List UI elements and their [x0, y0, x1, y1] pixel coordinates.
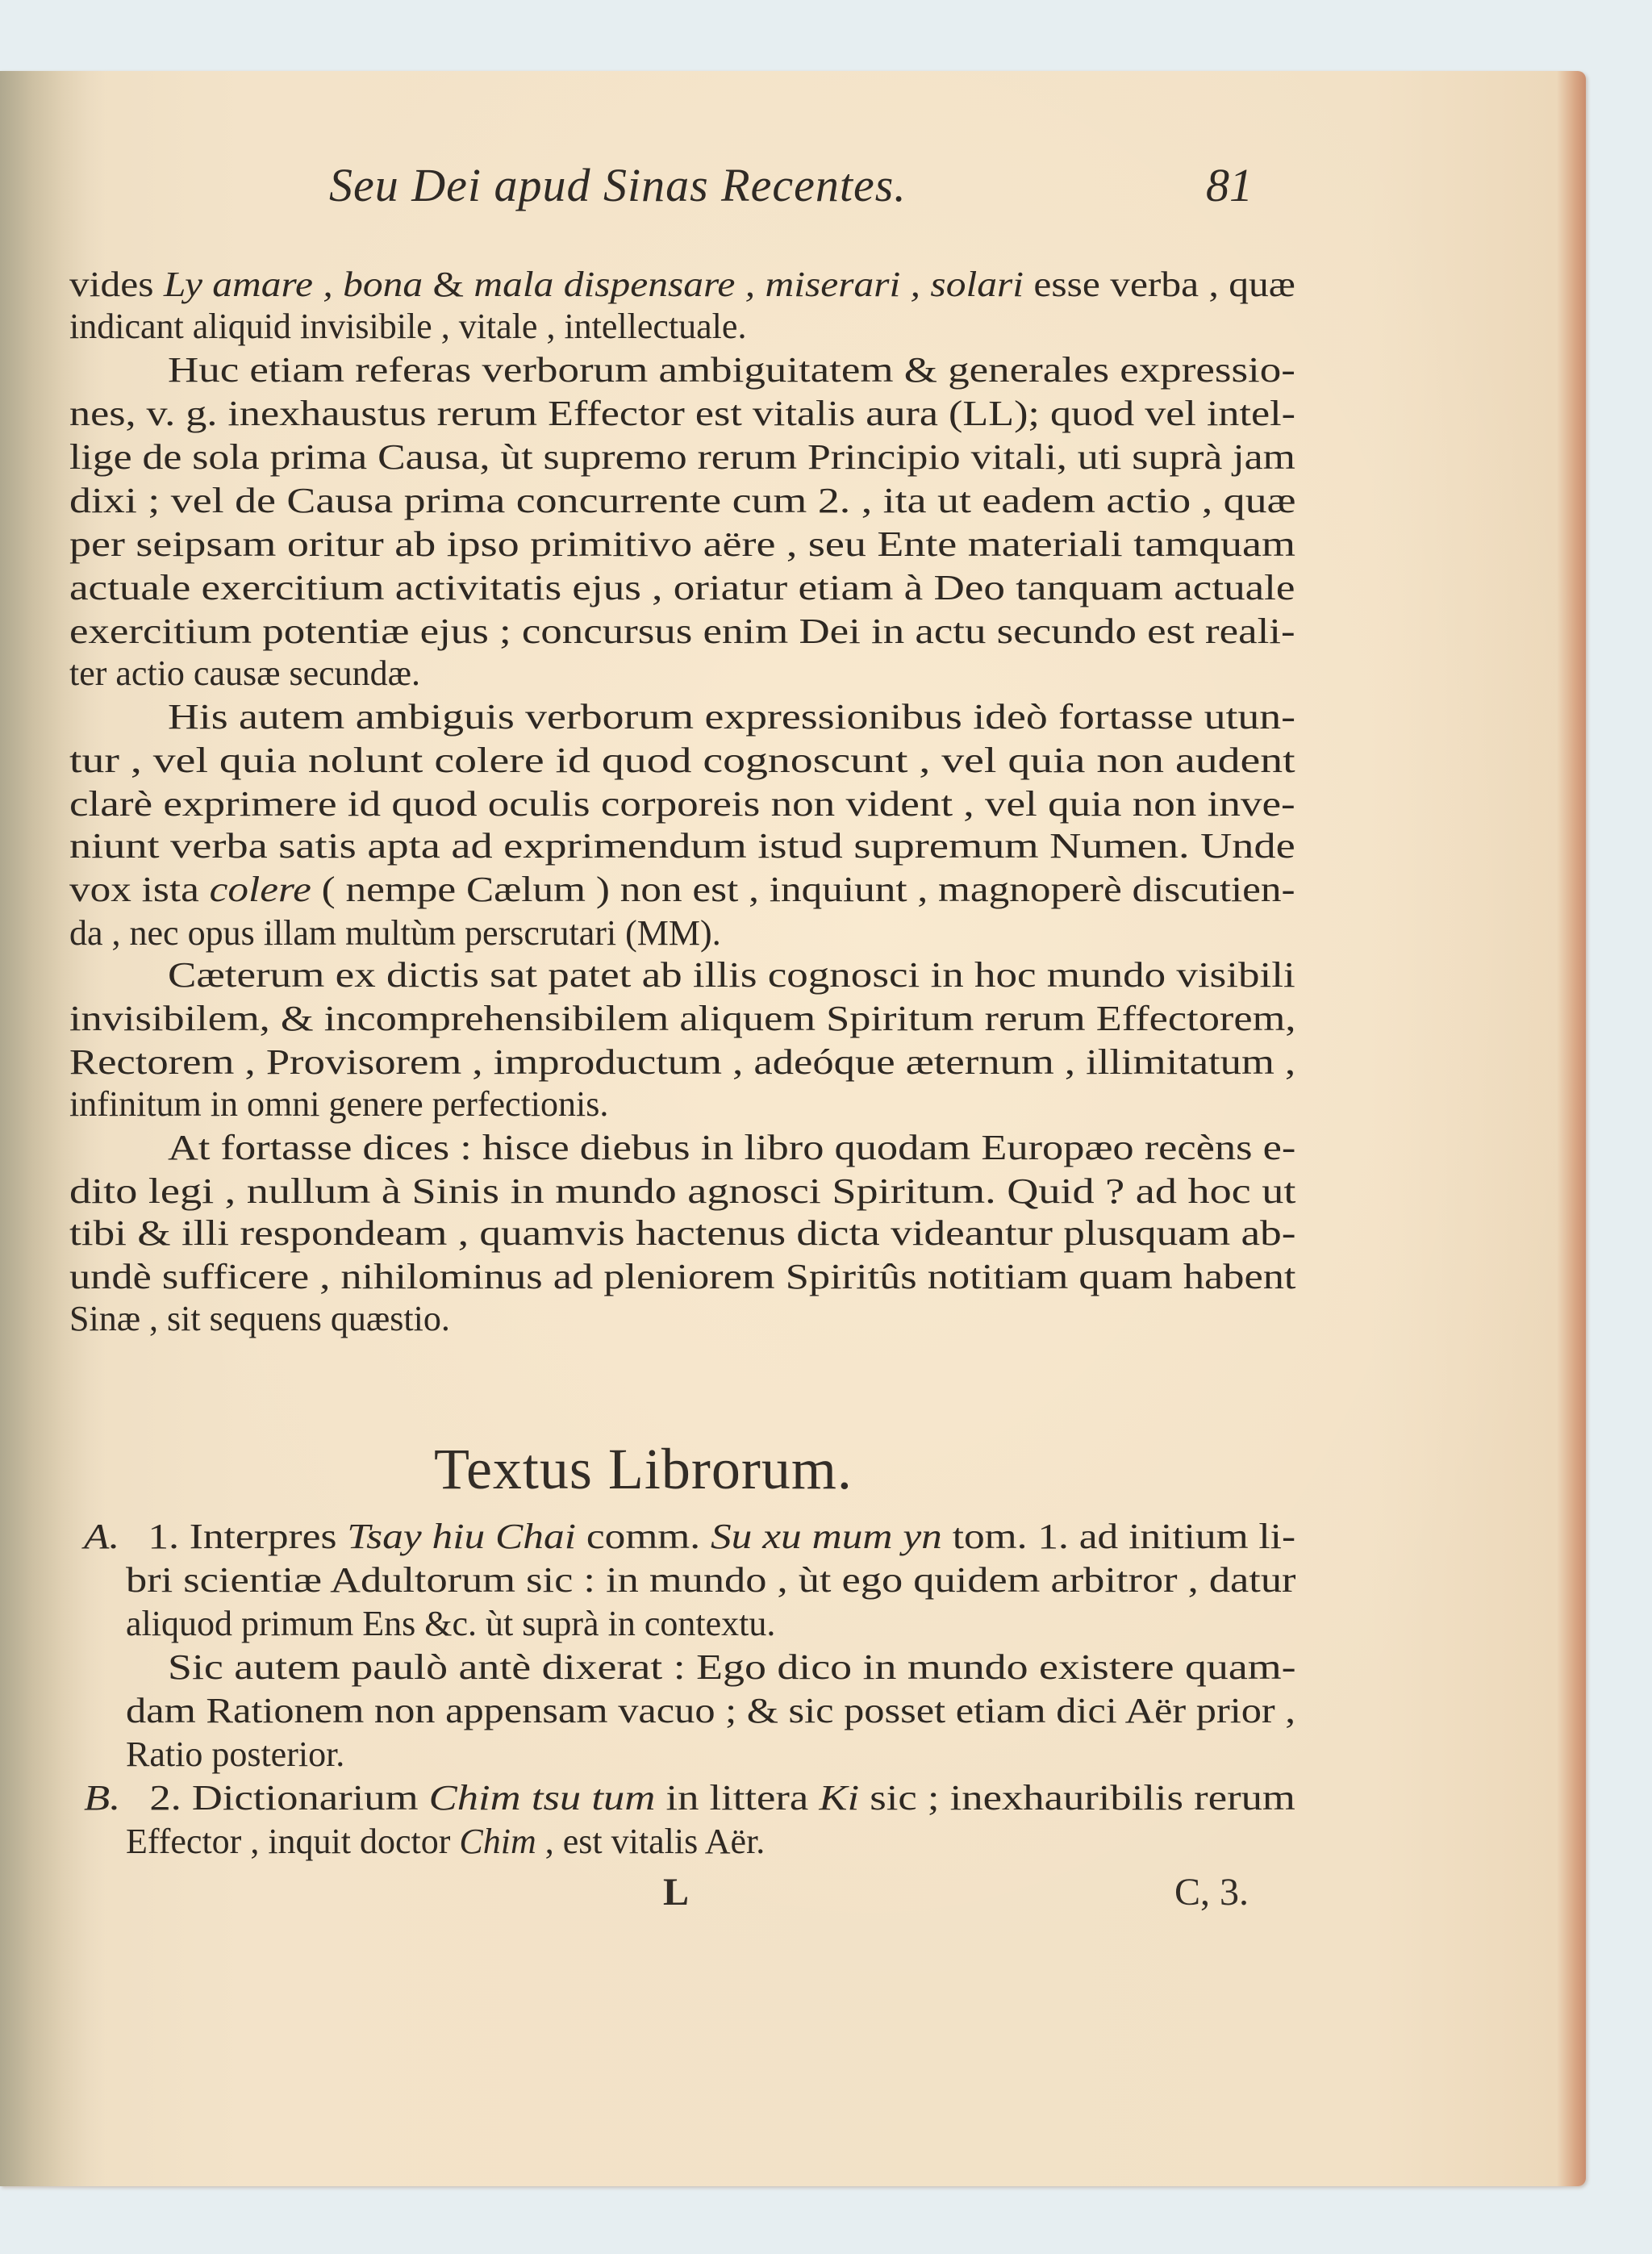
- italic-phrase: Tsay hiu Chai: [347, 1517, 586, 1556]
- text-span: Cæterum ex dictis sat patet ab illis cog…: [168, 955, 1295, 995]
- running-title: Seu Dei apud Sinas Recentes.: [329, 158, 907, 212]
- note-line: dam Rationem non appensam vacuo ; & sic …: [126, 1689, 1295, 1733]
- text-line: Sinæ , sit sequens quæstio.: [69, 1297, 450, 1341]
- text-span: ter actio causæ secundæ.: [69, 653, 420, 693]
- italic-phrase: mala dispensare , miserari , solari: [473, 265, 1033, 304]
- text-span: Effector , inquit doctor: [126, 1822, 459, 1861]
- text-line: lige de sola prima Causa, ùt supremo rer…: [69, 436, 1295, 479]
- text-span: Sic autem paulò antè dixerat : Ego dico …: [168, 1647, 1296, 1687]
- text-line: dito legi , nullum à Sinis in mundo agno…: [69, 1170, 1295, 1213]
- text-span: &: [432, 265, 473, 304]
- text-span: tur , vel quia nolunt colere id quod cog…: [69, 741, 1295, 780]
- text-span: Ratio posterior.: [126, 1734, 344, 1774]
- text-span: Rectorem , Provisorem , improductum , ad…: [69, 1042, 1295, 1082]
- note-line: Sic autem paulò antè dixerat : Ego dico …: [168, 1646, 1296, 1689]
- italic-phrase: Chim: [459, 1822, 536, 1861]
- italic-phrase: Su xu mum yn: [711, 1517, 953, 1556]
- text-line: tur , vel quia nolunt colere id quod cog…: [69, 739, 1295, 783]
- text-span: At fortasse dices : hisce diebus in libr…: [168, 1128, 1295, 1167]
- text-span: 2. Dictionarium: [149, 1778, 428, 1818]
- text-span: lige de sola prima Causa, ùt supremo rer…: [69, 437, 1295, 477]
- section-title: Textus Librorum.: [434, 1436, 853, 1503]
- text-span: aliquod primum Ens &c. ùt suprà in conte…: [126, 1604, 775, 1643]
- note-line: B.2. Dictionarium Chim tsu tum in litter…: [84, 1776, 1295, 1820]
- text-line: clarè exprimere id quod oculis corporeis…: [69, 783, 1295, 826]
- text-span: da , nec opus illam multùm perscrutari (…: [69, 913, 721, 953]
- text-line: niunt verba satis apta ad exprimendum is…: [69, 824, 1295, 868]
- note-line: aliquod primum Ens &c. ùt suprà in conte…: [126, 1602, 775, 1646]
- signature-mark: C, 3.: [1174, 1870, 1249, 1914]
- note-marker: A.: [84, 1515, 148, 1559]
- text-line: invisibilem, & incomprehensibilem alique…: [69, 997, 1295, 1041]
- text-span: exercitium potentiæ ejus ; concursus eni…: [69, 612, 1295, 651]
- text-line: infinitum in omni genere perfectionis.: [69, 1083, 608, 1126]
- text-span: dixi ; vel de Causa prima concurrente cu…: [69, 481, 1295, 520]
- text-span: , est vitalis Aër.: [536, 1822, 766, 1861]
- text-span: His autem ambiguis verborum expressionib…: [168, 697, 1295, 737]
- text-span: undè sufficere , nihilominus ad pleniore…: [69, 1257, 1295, 1296]
- text-line: per seipsam oritur ab ipso primitivo aër…: [69, 523, 1295, 566]
- note-line: Ratio posterior.: [126, 1733, 344, 1776]
- text-line: tibi & illi respondeam , quamvis hactenu…: [69, 1212, 1295, 1255]
- italic-phrase: Chim tsu tum: [429, 1778, 666, 1818]
- gutter-shadow: [0, 71, 105, 2186]
- text-span: niunt verba satis apta ad exprimendum is…: [69, 826, 1295, 866]
- text-span: vox ista: [69, 870, 210, 909]
- text-line: Rectorem , Provisorem , improductum , ad…: [69, 1041, 1295, 1084]
- text-span: Huc etiam referas verborum ambiguitatem …: [168, 350, 1295, 390]
- italic-phrase: Ki: [819, 1778, 870, 1818]
- text-span: clarè exprimere id quod oculis corporeis…: [69, 784, 1295, 824]
- text-span: in littera: [665, 1778, 819, 1818]
- text-line: Cæterum ex dictis sat patet ab illis cog…: [168, 954, 1295, 997]
- text-span: dito legi , nullum à Sinis in mundo agno…: [69, 1171, 1295, 1211]
- text-line: nes, v. g. inexhaustus rerum Effector es…: [69, 392, 1295, 436]
- text-span: indicant aliquid invisibile , vitale , i…: [69, 307, 746, 346]
- text-span: tom. 1. ad initium li-: [953, 1517, 1295, 1556]
- text-span: Sinæ , sit sequens quæstio.: [69, 1299, 450, 1338]
- text-span: nes, v. g. inexhaustus rerum Effector es…: [69, 394, 1295, 433]
- text-line: dixi ; vel de Causa prima concurrente cu…: [69, 479, 1295, 523]
- text-span: bri scientiæ Adultorum sic : in mundo , …: [126, 1560, 1295, 1600]
- text-line: vox ista colere ( nempe Cælum ) non est …: [69, 868, 1295, 912]
- italic-phrase: colere: [210, 870, 322, 909]
- text-line: undè sufficere , nihilominus ad pleniore…: [69, 1255, 1295, 1299]
- text-line: Huc etiam referas verborum ambiguitatem …: [168, 349, 1295, 392]
- note-line: Effector , inquit doctor Chim , est vita…: [126, 1820, 765, 1864]
- text-span: actuale exercitium activitatis ejus , or…: [69, 568, 1295, 607]
- text-line: At fortasse dices : hisce diebus in libr…: [168, 1126, 1295, 1170]
- text-span: vides: [69, 265, 164, 304]
- text-span: sic ; inexhauribilis rerum: [870, 1778, 1295, 1818]
- note-line: bri scientiæ Adultorum sic : in mundo , …: [126, 1559, 1295, 1602]
- page-number: 81: [1206, 158, 1253, 212]
- text-span: comm.: [586, 1517, 711, 1556]
- note-line: A.1. Interpres Tsay hiu Chai comm. Su xu…: [84, 1515, 1295, 1559]
- catchword: L: [663, 1870, 689, 1914]
- text-line: exercitium potentiæ ejus ; concursus eni…: [69, 610, 1295, 653]
- text-span: per seipsam oritur ab ipso primitivo aër…: [69, 524, 1295, 564]
- note-marker: B.: [84, 1776, 149, 1820]
- text-line: vides Ly amare , bona & mala dispensare …: [69, 263, 1295, 307]
- text-span: invisibilem, & incomprehensibilem alique…: [69, 999, 1295, 1038]
- text-line: da , nec opus illam multùm perscrutari (…: [69, 912, 721, 955]
- text-span: ( nempe Cælum ) non est , inquiunt , mag…: [322, 870, 1295, 909]
- text-span: dam Rationem non appensam vacuo ; & sic …: [126, 1691, 1295, 1730]
- text-span: infinitum in omni genere perfectionis.: [69, 1084, 608, 1124]
- text-line: ter actio causæ secundæ.: [69, 652, 420, 695]
- text-line: actuale exercitium activitatis ejus , or…: [69, 566, 1295, 610]
- text-span: 1. Interpres: [148, 1517, 347, 1556]
- text-span: esse verba , quæ: [1033, 265, 1295, 304]
- italic-phrase: Ly amare , bona: [164, 265, 433, 304]
- text-span: tibi & illi respondeam , quamvis hactenu…: [69, 1213, 1295, 1253]
- text-line: His autem ambiguis verborum expressionib…: [168, 695, 1295, 739]
- text-line: indicant aliquid invisibile , vitale , i…: [69, 305, 746, 349]
